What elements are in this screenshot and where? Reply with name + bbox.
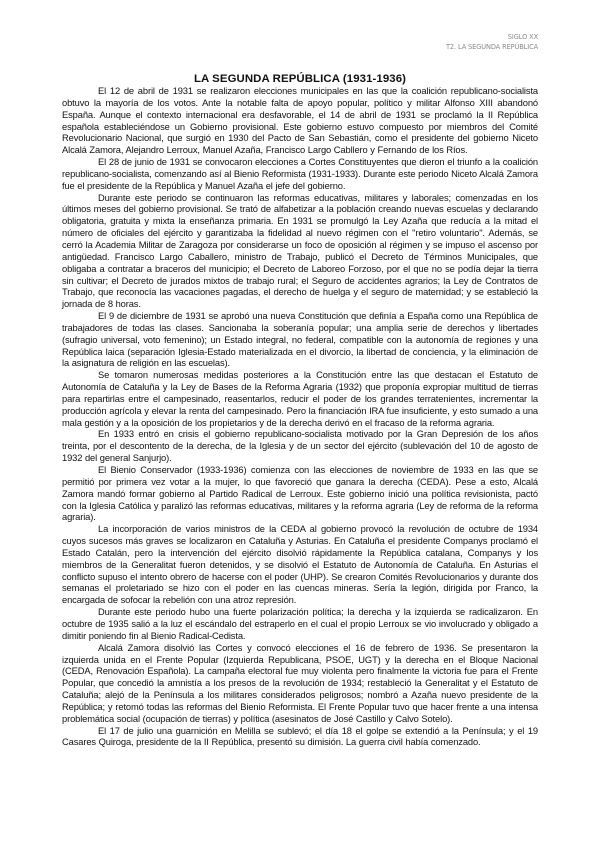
header-subject: SIGLO XX [446,32,538,42]
paragraph-polarization: Durante este periodo hubo una fuerte pol… [62,607,538,643]
running-header: SIGLO XX T2. LA SEGUNDA REPÚBLICA [446,32,538,52]
paragraph-cortes-constituyentes: El 28 de junio de 1931 se convocaron ele… [62,157,538,193]
paragraph-bienio-conservador: El Bienio Conservador (1933-1936) comien… [62,465,538,524]
document-title: LA SEGUNDA REPÚBLICA (1931-1936) [62,72,538,86]
paragraph-civil-war-start: El 17 de julio una guarnición en Melilla… [62,726,538,750]
header-topic: T2. LA SEGUNDA REPÚBLICA [446,42,538,52]
paragraph-crisis-1933: En 1933 entró en crisis el gobierno repu… [62,429,538,465]
paragraph-revolution-1934: La incorporación de varios ministros de … [62,524,538,607]
paragraph-constitution: El 9 de diciembre de 1931 se aprobó una … [62,311,538,370]
paragraph-proclamation: El 12 de abril de 1931 se realizaron ele… [62,86,538,157]
paragraph-agrarian-reform: Se tomaron numerosas medidas posteriores… [62,370,538,429]
document-body: LA SEGUNDA REPÚBLICA (1931-1936) El 12 d… [62,72,538,749]
paragraph-frente-popular: Alcalá Zamora disolvió las Cortes y conv… [62,643,538,726]
paragraph-reforms: Durante este periodo se continuaron las … [62,193,538,311]
